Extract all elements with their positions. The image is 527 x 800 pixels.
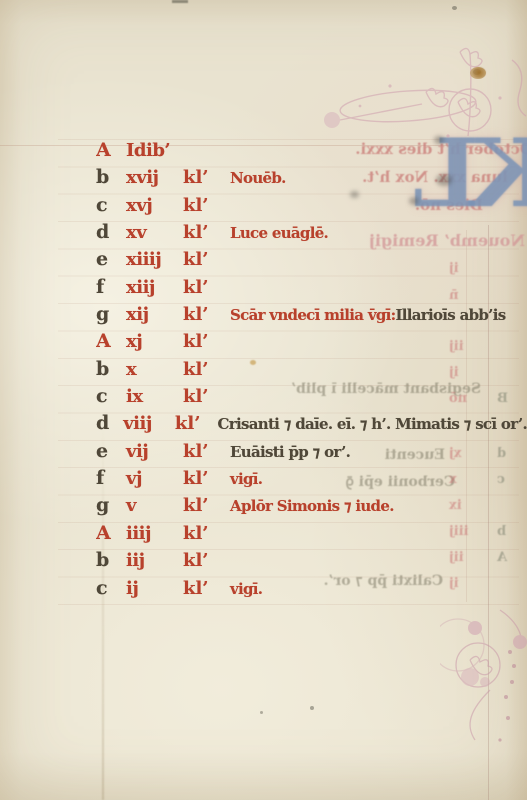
feast-entry-dark: Crisanti ⁊ daīe. eī. ⁊ h’. Mimatis ⁊ scī…: [218, 415, 527, 433]
speck: [310, 706, 314, 710]
calendar-row: d xv kl’ Luce euāglē.: [96, 221, 527, 248]
kalends-abbreviation: kl’: [183, 222, 230, 243]
calendar-row: c ix kl’: [96, 385, 527, 412]
kalends-abbreviation: kl’: [183, 277, 230, 298]
roman-numeral: xvj: [126, 195, 183, 216]
kalends-abbreviation: kl’: [175, 413, 218, 434]
dominical-letter: b: [96, 358, 126, 380]
dominical-letter: e: [96, 440, 126, 462]
roman-numeral: xvij: [126, 167, 183, 188]
feast-entry-red: Aplōr Simonis ⁊ iude.: [230, 497, 394, 515]
kalends-abbreviation: kl’: [183, 331, 230, 352]
kalends-abbreviation: kl’: [183, 167, 230, 188]
calendar-row: d viij kl’ Crisanti ⁊ daīe. eī. ⁊ h’. Mi…: [96, 412, 527, 439]
kalends-abbreviation: kl’: [183, 304, 230, 325]
roman-numeral: ix: [126, 386, 183, 407]
roman-numeral: x: [126, 359, 183, 380]
dominical-letter: g: [96, 303, 126, 325]
kalends-abbreviation: kl’: [183, 441, 230, 462]
dominical-letter: e: [96, 248, 126, 270]
kalends-abbreviation: kl’: [183, 578, 230, 599]
dominical-letter: A: [96, 522, 126, 544]
roman-numeral: vij: [126, 441, 183, 462]
penwork-flourish-bottom: [440, 600, 527, 790]
feast-entry-dark: Illarioīs abb’is: [395, 306, 505, 324]
roman-numeral: vj: [126, 468, 183, 489]
kalends-abbreviation: kl’: [183, 523, 230, 544]
feast-entry-red: vigī.: [230, 470, 262, 488]
dominical-letter: b: [96, 549, 126, 571]
calendar-rows: A Idib’ b xvij kl’ Nouēb. c xvj kl’: [96, 139, 527, 604]
roman-numeral: iiij: [126, 523, 183, 544]
calendar-row: e xiiij kl’: [96, 248, 527, 275]
manuscript-page: October h’t dies xxxi. luna xxx. Nox h’t…: [0, 0, 527, 800]
roman-numeral: xij: [126, 304, 183, 325]
calendar-row: b iij kl’: [96, 549, 527, 576]
kalends-abbreviation: kl’: [183, 468, 230, 489]
speck: [452, 6, 457, 10]
feast-entry-red: Luce euāglē.: [230, 224, 328, 242]
speck: [172, 0, 188, 3]
calendar-row: A xj kl’: [96, 330, 527, 357]
calendar-row: b xvij kl’ Nouēb.: [96, 166, 527, 193]
dominical-letter: c: [96, 194, 126, 216]
calendar-row: g xij kl’ Scār vndecī milia v̄gī: Illari…: [96, 303, 527, 330]
calendar-row: f vj kl’ vigī.: [96, 467, 527, 494]
dominical-letter: c: [96, 385, 126, 407]
roman-numeral: viij: [123, 413, 175, 434]
dominical-letter: d: [96, 221, 126, 243]
dominical-letter: g: [96, 494, 126, 516]
roman-numeral: xiiij: [126, 249, 183, 270]
calendar-row: c ij kl’ vigī.: [96, 577, 527, 604]
roman-numeral: ij: [126, 578, 183, 599]
roman-numeral: v: [126, 495, 183, 516]
speck: [260, 711, 263, 714]
roman-numeral: xj: [126, 331, 183, 352]
calendar-row: g v kl’ Aplōr Simonis ⁊ iude.: [96, 494, 527, 521]
kalends-abbreviation: kl’: [183, 495, 230, 516]
feast-entry-red: Nouēb.: [230, 169, 286, 187]
calendar-row: e vij kl’ Euāisti p̄p ⁊ or’.: [96, 440, 527, 467]
roman-numeral: xv: [126, 222, 183, 243]
calendar-row: f xiij kl’: [96, 276, 527, 303]
calendar-row: A Idib’: [96, 139, 527, 166]
dominical-letter: A: [96, 330, 126, 352]
dominical-letter: d: [96, 412, 123, 434]
dominical-letter: f: [96, 467, 126, 489]
calendar-row: c xvj kl’: [96, 194, 527, 221]
feast-entry-dark: Euāisti p̄p ⁊ or’.: [230, 443, 350, 461]
calendar-row: b x kl’: [96, 358, 527, 385]
feast-entry-red: vigī.: [230, 580, 262, 598]
feast-entry-red: Scār vndecī milia v̄gī:: [230, 306, 395, 324]
dominical-letter: b: [96, 166, 126, 188]
kalends-abbreviation: kl’: [183, 386, 230, 407]
calendar-row: A iiij kl’: [96, 522, 527, 549]
kalends-abbreviation: kl’: [183, 195, 230, 216]
dominical-letter: c: [96, 577, 126, 599]
dominical-letter: f: [96, 276, 126, 298]
kalends-abbreviation: kl’: [183, 249, 230, 270]
stain: [472, 67, 486, 78]
dominical-letter: A: [96, 139, 126, 161]
roman-numeral: Idib’: [126, 140, 183, 161]
roman-numeral: xiij: [126, 277, 183, 298]
kalends-abbreviation: kl’: [183, 550, 230, 571]
kalends-abbreviation: kl’: [183, 359, 230, 380]
roman-numeral: iij: [126, 550, 183, 571]
